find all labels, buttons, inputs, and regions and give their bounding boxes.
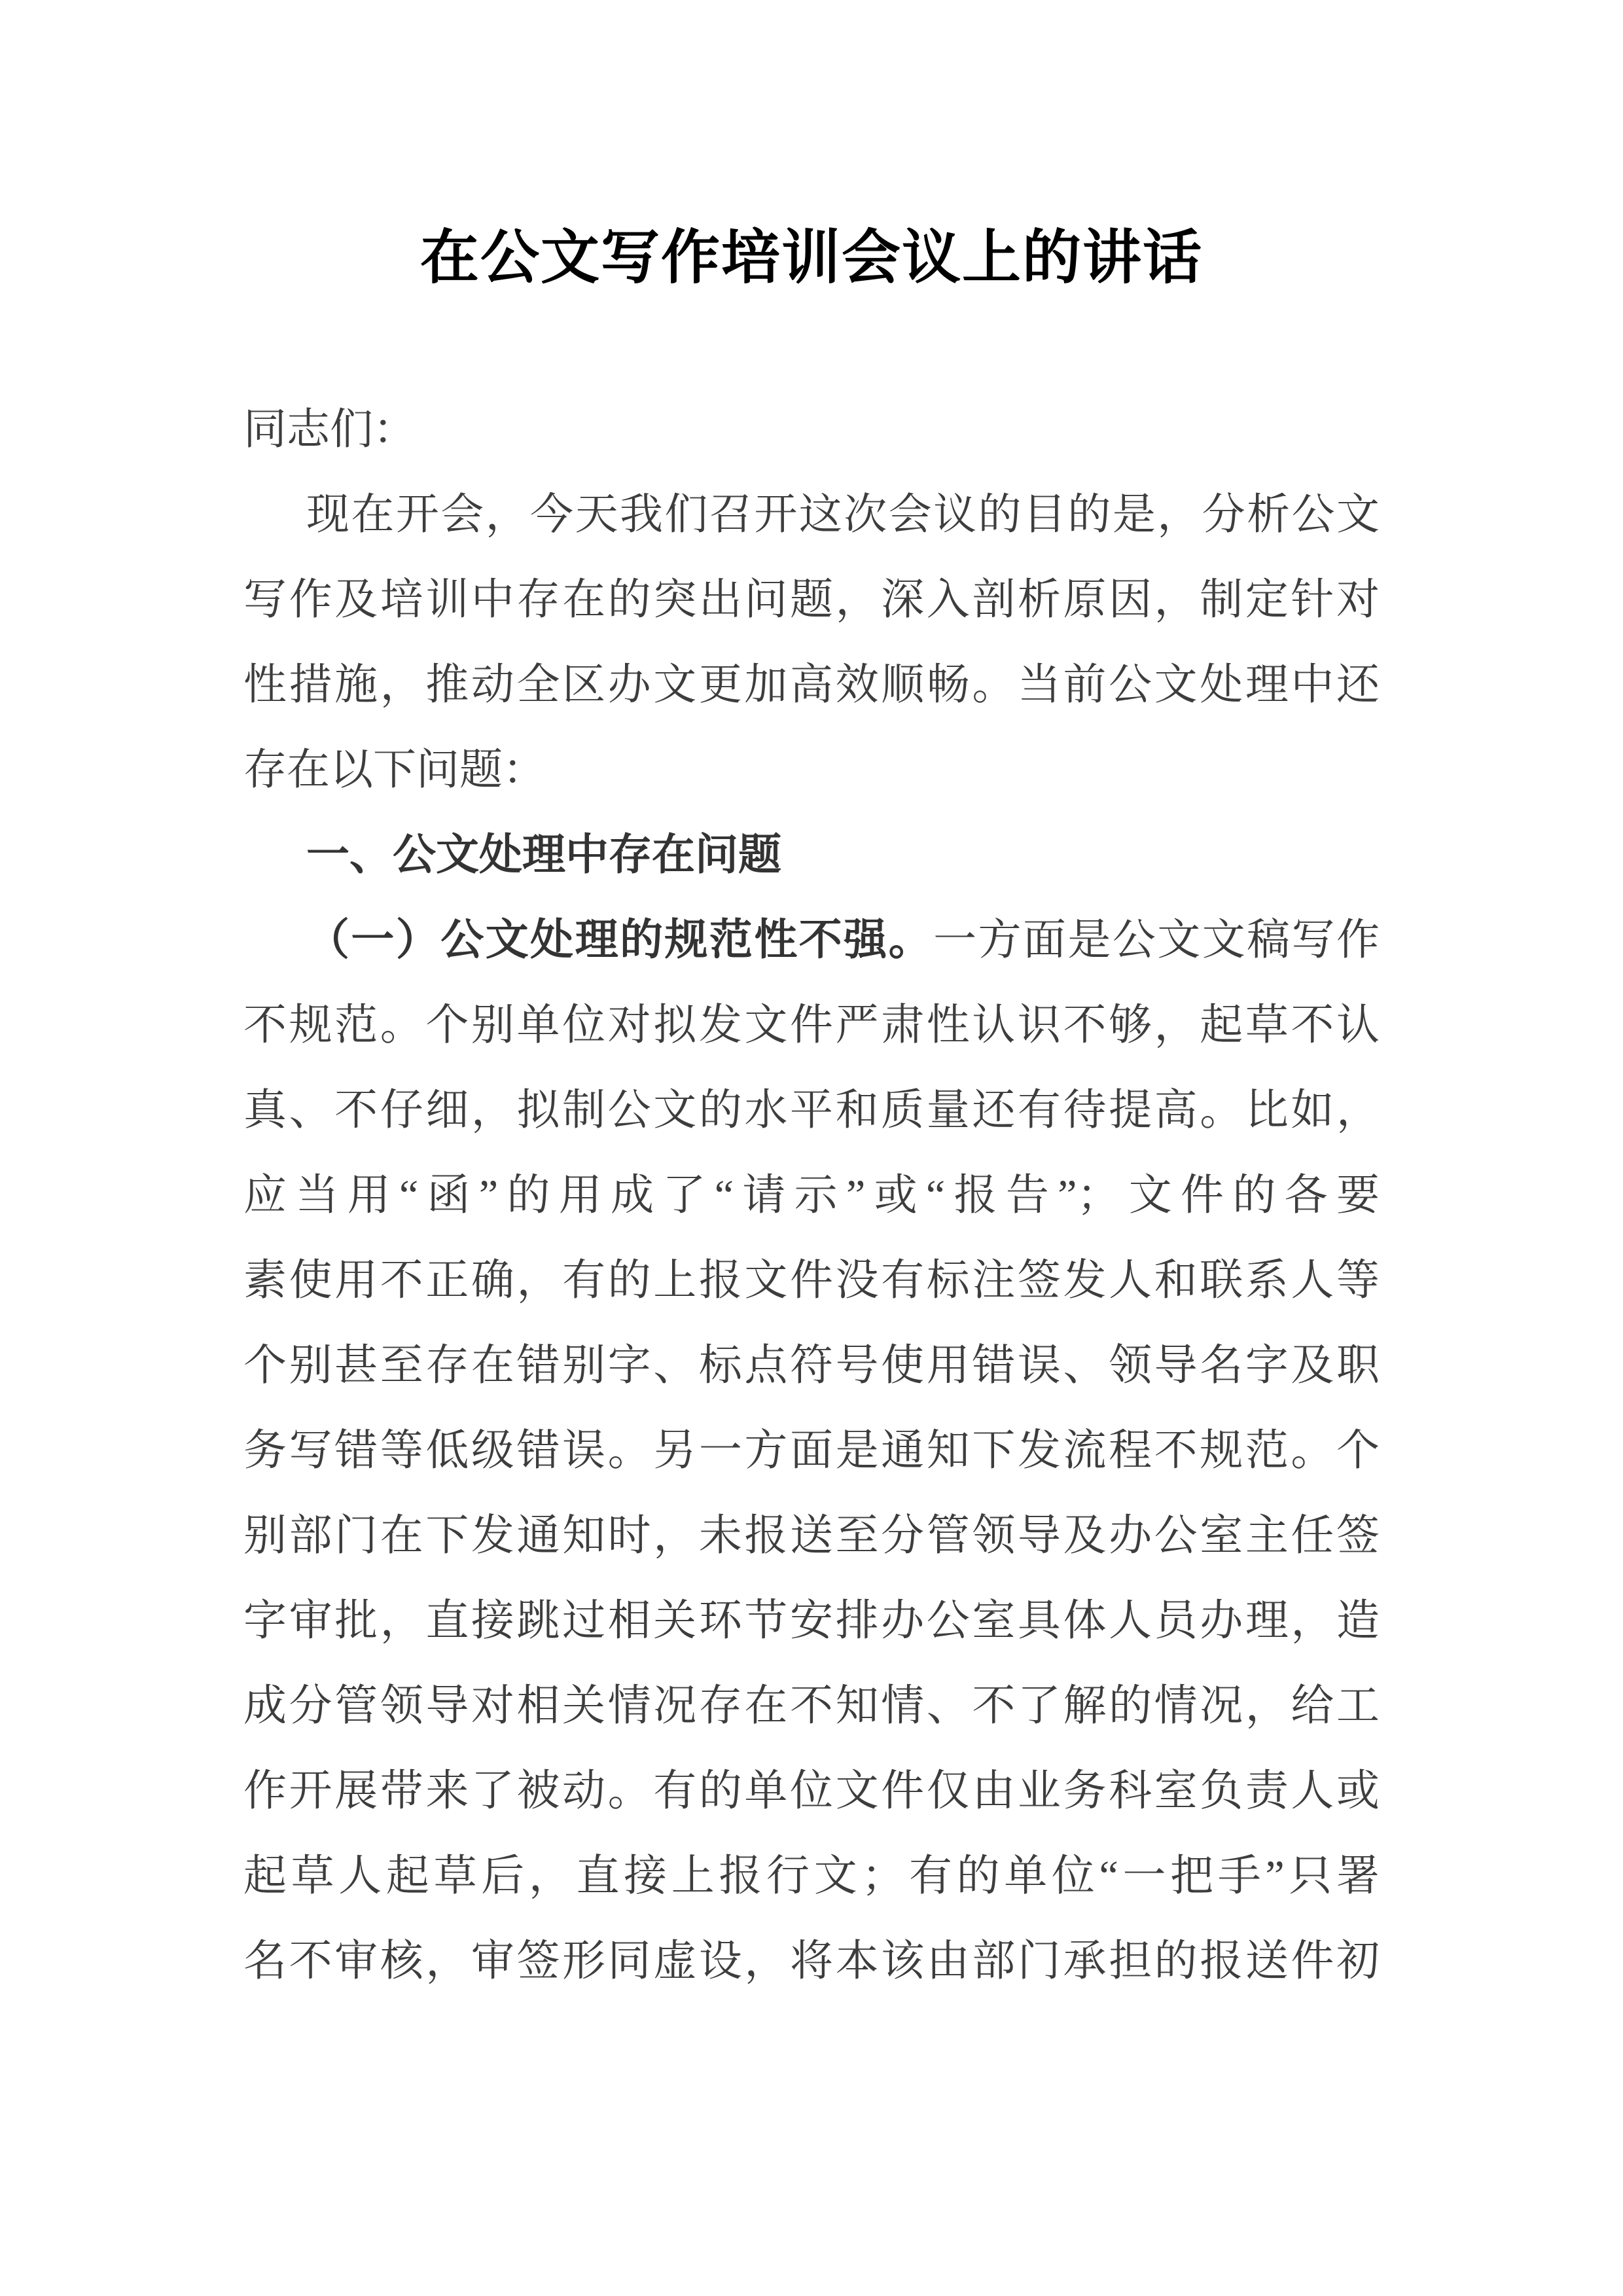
text-run: 写作及培训中存在的突出问题，深入剖析原因，制定针对 bbox=[243, 576, 1380, 624]
text-run: 性措施，推动全区办文更加高效顺畅。当前公文处理中还 bbox=[243, 661, 1380, 709]
document-line: 字审批，直接跳过相关环节安排办公室具体人员办理，造 bbox=[243, 1579, 1380, 1664]
text-run: 起草人起草后，直接上报行文；有的单位“一把手”只署 bbox=[243, 1852, 1380, 1900]
document-line: 别部门在下发通知时，未报送至分管领导及办公室主任签 bbox=[243, 1494, 1380, 1579]
document-title: 在公文写作培训会议上的讲话 bbox=[243, 216, 1380, 301]
text-run: 应当用“函”的用成了“请示”或“报告”；文件的各要 bbox=[243, 1172, 1380, 1219]
bold-text-run: （一）公文处理的规范性不强。 bbox=[306, 916, 933, 964]
text-run: 存在以下问题： bbox=[243, 746, 546, 794]
document-line: 性措施，推动全区办文更加高效顺畅。当前公文处理中还 bbox=[243, 643, 1380, 728]
document-line: 写作及培训中存在的突出问题，深入剖析原因，制定针对 bbox=[243, 558, 1380, 643]
document-line: 个别甚至存在错别字、标点符号使用错误、领导名字及职 bbox=[243, 1323, 1380, 1408]
text-run: 真、不仔细，拟制公文的水平和质量还有待提高。比如， bbox=[243, 1086, 1380, 1134]
document-body: 同志们：现在开会，今天我们召开这次会议的目的是，分析公文写作及培训中存在的突出问… bbox=[243, 387, 1380, 2004]
document-line: 存在以下问题： bbox=[243, 728, 1380, 813]
text-run: 成分管领导对相关情况存在不知情、不了解的情况，给工 bbox=[243, 1682, 1380, 1730]
text-run: 别部门在下发通知时，未报送至分管领导及办公室主任签 bbox=[243, 1512, 1380, 1560]
text-run: 同志们： bbox=[243, 406, 416, 454]
document-line: 作开展带来了被动。有的单位文件仅由业务科室负责人或 bbox=[243, 1749, 1380, 1834]
text-run: 字审批，直接跳过相关环节安排办公室具体人员办理，造 bbox=[243, 1597, 1380, 1645]
text-run: 作开展带来了被动。有的单位文件仅由业务科室负责人或 bbox=[243, 1767, 1380, 1815]
document-page: 在公文写作培训会议上的讲话 同志们：现在开会，今天我们召开这次会议的目的是，分析… bbox=[0, 0, 1623, 2296]
document-line: （一）公文处理的规范性不强。一方面是公文文稿写作 bbox=[243, 898, 1380, 983]
document-line: 不规范。个别单位对拟发文件严肃性认识不够，起草不认 bbox=[243, 983, 1380, 1068]
document-line: 务写错等低级错误。另一方面是通知下发流程不规范。个 bbox=[243, 1408, 1380, 1494]
text-run: 不规范。个别单位对拟发文件严肃性认识不够，起草不认 bbox=[243, 1001, 1380, 1049]
document-line: 成分管领导对相关情况存在不知情、不了解的情况，给工 bbox=[243, 1664, 1380, 1749]
document-line: 名不审核，审签形同虚设，将本该由部门承担的报送件初 bbox=[243, 1919, 1380, 2004]
text-run: 素使用不正确，有的上报文件没有标注签发人和联系人等 bbox=[243, 1257, 1380, 1304]
text-run: 名不审核，审签形同虚设，将本该由部门承担的报送件初 bbox=[243, 1937, 1380, 1985]
document-line: 现在开会，今天我们召开这次会议的目的是，分析公文 bbox=[243, 473, 1380, 558]
text-run: 务写错等低级错误。另一方面是通知下发流程不规范。个 bbox=[243, 1427, 1380, 1475]
text-run: 个别甚至存在错别字、标点符号使用错误、领导名字及职 bbox=[243, 1342, 1380, 1390]
document-line: 素使用不正确，有的上报文件没有标注签发人和联系人等 bbox=[243, 1238, 1380, 1323]
document-line: 同志们： bbox=[243, 387, 1380, 473]
document-line: 真、不仔细，拟制公文的水平和质量还有待提高。比如， bbox=[243, 1068, 1380, 1153]
document-line: 应当用“函”的用成了“请示”或“报告”；文件的各要 bbox=[243, 1153, 1380, 1238]
bold-text-run: 一、公文处理中存在问题 bbox=[306, 831, 781, 879]
document-line: 一、公文处理中存在问题 bbox=[243, 813, 1380, 898]
text-run: 一方面是公文文稿写作 bbox=[933, 916, 1380, 964]
document-line: 起草人起草后，直接上报行文；有的单位“一把手”只署 bbox=[243, 1834, 1380, 1919]
text-run: 现在开会，今天我们召开这次会议的目的是，分析公文 bbox=[306, 491, 1380, 539]
